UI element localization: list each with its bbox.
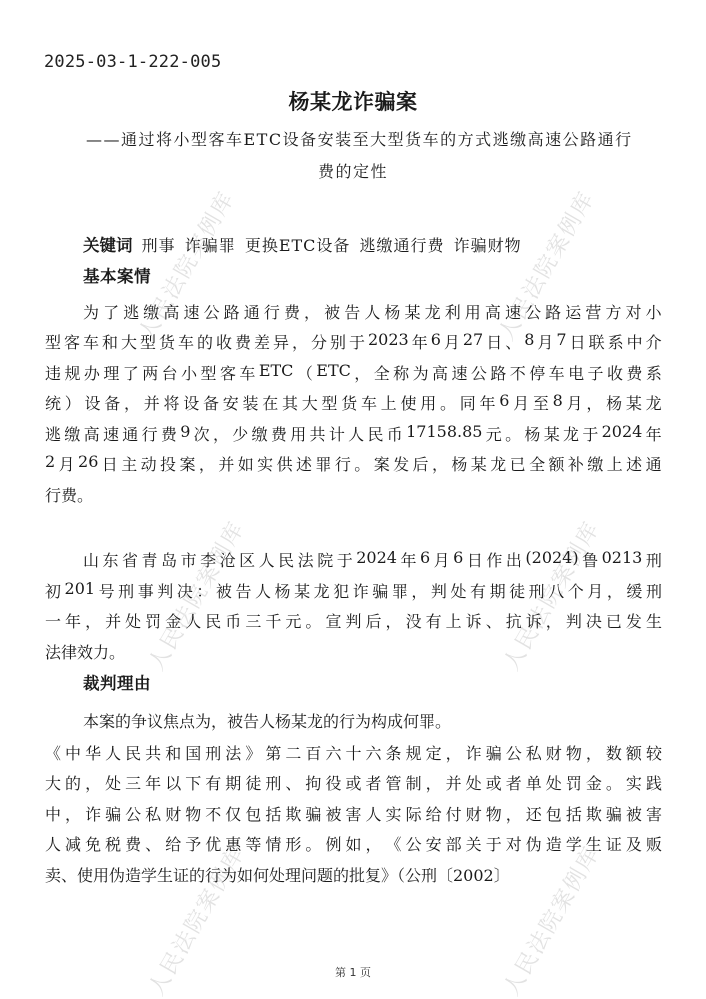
paragraph-line: 2月26日主动投案，并如实供述罪行。案发后，杨某龙已全额补缴上述通 xyxy=(45,452,662,474)
document-page: 人民法院案例库 人民法院案例库 人民法院案例库 人民法院案例库 人民法院案例库 … xyxy=(0,0,706,999)
paragraph-line: 一年，并处罚金人民币三千元。宣判后，没有上诉、抗诉，判决已发生 xyxy=(45,609,662,631)
case-title: 杨某龙诈骗案 xyxy=(0,86,706,116)
section-heading-reasoning: 裁判理由 xyxy=(83,670,151,694)
paragraph-line: 中，诈骗公私财物不仅包括欺骗被害人实际给付财物，还包括欺骗被害 xyxy=(45,802,662,824)
paragraph-line: 初201号刑事判决：被告人杨某龙犯诈骗罪，判处有期徒刑八个月，缓刑 xyxy=(45,579,662,601)
paragraph-line: 型客车和大型货车的收费差异，分别于2023年6月27日、8月7日联系中介 xyxy=(45,330,662,352)
paragraph-line: 本案的争议焦点为，被告人杨某龙的行为构成何罪。 xyxy=(83,709,662,731)
keywords-label: 关键词 xyxy=(83,236,133,255)
paragraph-line: 大的，处三年以下有期徒刑、拘役或者管制，并处或者单处罚金。实践 xyxy=(45,771,662,793)
paragraph-line: 山东省青岛市李沧区人民法院于2024年6月6日作出(2024)鲁0213刑 xyxy=(83,548,662,570)
case-subtitle-line-1: ——通过将小型客车ETC设备安装至大型货车的方式逃缴高速公路通行 xyxy=(86,127,633,150)
keyword-tag: 刑事 xyxy=(142,236,176,255)
keyword-tag: 逃缴通行费 xyxy=(360,236,445,255)
paragraph-line: 统）设备，并将设备安装在其大型货车上使用。同年6月至8月，杨某龙 xyxy=(45,391,662,413)
paragraph-line: 逃缴高速通行费9次，少缴费用共计人民币17158.85元。杨某龙于2024年 xyxy=(45,422,662,444)
paragraph-line: 《中华人民共和国刑法》第二百六十六条规定，诈骗公私财物，数额较 xyxy=(45,741,662,763)
page-number: 第 1 页 xyxy=(0,964,706,980)
paragraph-line: 卖、使用伪造学生证的行为如何处理问题的批复》（公刑〔2002〕 xyxy=(45,863,662,885)
document-id: 2025-03-1-222-005 xyxy=(44,52,221,72)
keyword-tag: 诈骗财物 xyxy=(454,236,522,255)
paragraph-line: 法律效力。 xyxy=(45,640,662,662)
section-heading-basic-facts: 基本案情 xyxy=(83,263,151,287)
case-subtitle-line-2: 费的定性 xyxy=(0,159,706,182)
paragraph-line: 违规办理了两台小型客车ETC（ETC，全称为高速公路不停车电子收费系 xyxy=(45,361,662,383)
keywords-row: 关键词 刑事 诈骗罪 更换ETC设备 逃缴通行费 诈骗财物 xyxy=(83,232,522,256)
keyword-tag: 诈骗罪 xyxy=(185,236,236,255)
paragraph-line: 行费。 xyxy=(45,483,662,505)
paragraph-line: 为了逃缴高速公路通行费，被告人杨某龙利用高速公路运营方对小 xyxy=(83,300,662,322)
paragraph-line: 人减免税费、给予优惠等情形。例如，《公安部关于对伪造学生证及贩 xyxy=(45,832,662,854)
keyword-tag: 更换ETC设备 xyxy=(245,236,351,255)
